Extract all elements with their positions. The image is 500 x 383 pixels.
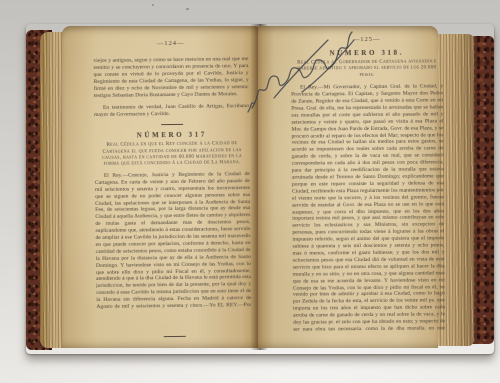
section-body-317: El Rey.—Concejo, Justicia y Regimiento d… [95,171,252,311]
handwritten-signature-ink [244,6,364,118]
photo-background: —124— viejos y antiguos, segun y como se… [0,0,500,383]
section-heading-317: NÚMERO 317 [94,130,249,140]
left-page-text-column: —124— viejos y antiguos, segun y como se… [93,39,252,345]
end-divider [163,336,185,337]
left-testimonio-paragraph: En testimonio de verdad, Juan Castillo d… [94,103,249,119]
open-book: —124— viejos y antiguos, segun y como se… [26,24,494,354]
book-page-left: —124— viejos y antiguos, segun y como se… [62,26,258,348]
section-summary-317: Real Cédula en que el Rey concede á la C… [94,141,249,169]
left-paragraph-continuation: viejos y antiguos, segun y como se hace … [93,56,248,99]
page-number-left: —124— [93,39,248,48]
dust-speck [152,4,154,6]
dust-speck [186,8,189,10]
section-body-318: El Rey.—Mi Governador, y Capitan Gral. d… [291,84,445,331]
section-divider [161,124,183,125]
